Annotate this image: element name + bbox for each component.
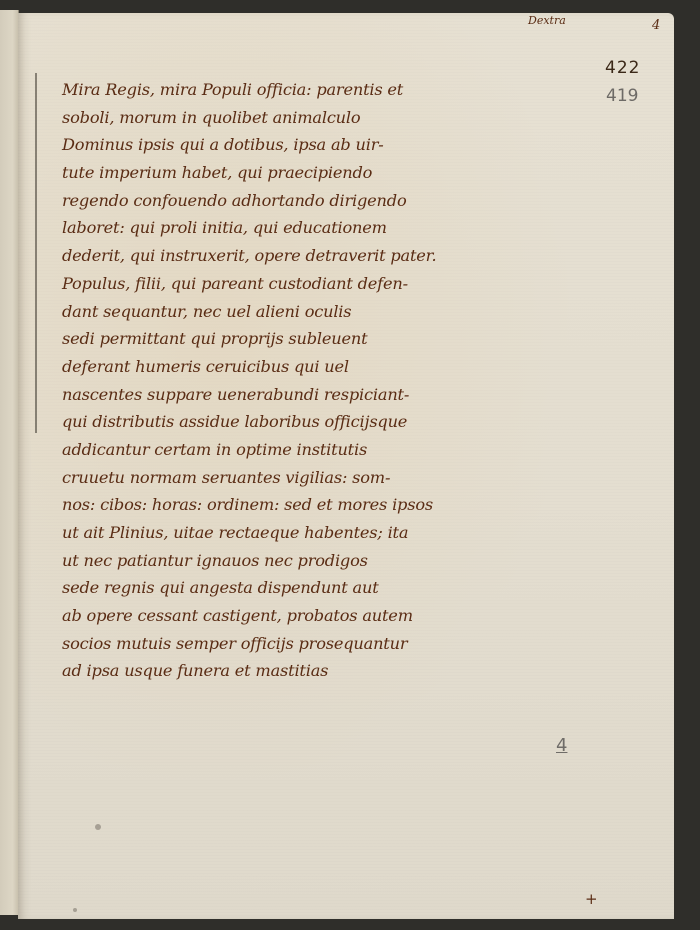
- text-line: dant sequantur, nec uel alieni oculis: [62, 298, 422, 326]
- ink-spot: [73, 908, 77, 912]
- folio-number-ink: 422: [605, 58, 640, 78]
- text-line: Mira Regis, mira Populi officia: parenti…: [62, 76, 422, 104]
- folio-number-pencil: 419: [606, 86, 638, 106]
- text-line: nos: cibos: horas: ordinem: sed et mores…: [62, 491, 422, 519]
- manuscript-text: Mira Regis, mira Populi officia: parenti…: [62, 76, 422, 685]
- text-line: ut nec patiantur ignauos nec prodigos: [62, 547, 422, 575]
- bottom-mark: +: [585, 890, 598, 908]
- top-annotation: Dextra: [528, 14, 566, 27]
- text-line: socios mutuis semper officijs prosequant…: [62, 630, 422, 658]
- text-line: deferant humeris ceruicibus qui uel: [62, 353, 422, 381]
- ink-spot: [95, 824, 101, 830]
- text-line: addicantur certam in optime institutis: [62, 436, 422, 464]
- binding-gutter: [35, 73, 37, 433]
- text-line: ad ipsa usque funera et mastitias: [62, 657, 422, 685]
- text-line: qui distributis assidue laboribus offici…: [62, 408, 422, 436]
- text-line: ab opere cessant castigent, probatos aut…: [62, 602, 422, 630]
- text-line: sedi permittant qui proprijs subleuent: [62, 325, 422, 353]
- text-line: dederit, qui instruxerit, opere detraver…: [62, 242, 422, 270]
- facing-page-edge: [0, 10, 19, 915]
- text-line: Dominus ipsis qui a dotibus, ipsa ab uir…: [62, 131, 422, 159]
- text-line: laboret: qui proli initia, qui education…: [62, 214, 422, 242]
- text-line: nascentes suppare uenerabundi respiciant…: [62, 381, 422, 409]
- text-line: regendo confouendo adhortando dirigendo: [62, 187, 422, 215]
- text-line: Populus, filii, qui pareant custodiant d…: [62, 270, 422, 298]
- text-line: tute imperium habet, qui praecipiendo: [62, 159, 422, 187]
- pencil-mark: 4: [556, 735, 567, 756]
- text-line: soboli, morum in quolibet animalculo: [62, 104, 422, 132]
- text-line: sede regnis qui angesta dispendunt aut: [62, 574, 422, 602]
- text-line: ut ait Plinius, uitae rectaeque habentes…: [62, 519, 422, 547]
- corner-mark: 4: [652, 18, 660, 33]
- text-line: cruuetu normam seruantes vigilias: som-: [62, 464, 422, 492]
